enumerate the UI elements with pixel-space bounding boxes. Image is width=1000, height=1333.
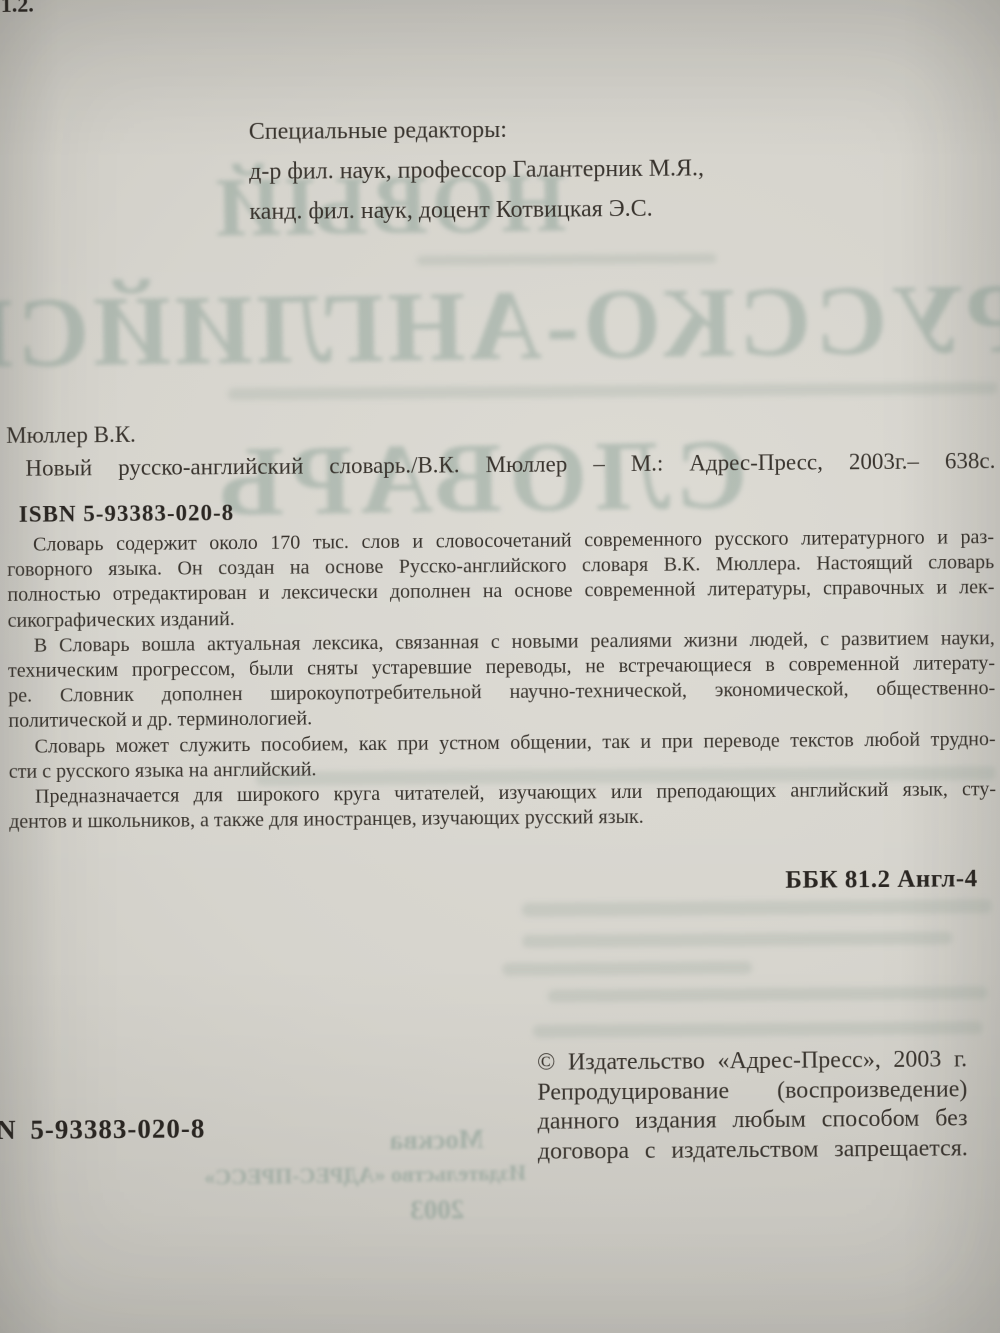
cut-text-fragment-left: 3 bbox=[0, 472, 1, 499]
isbn-number-bottom: ISBN 5-93383-020-8 bbox=[0, 1113, 206, 1146]
copyright-line: договора с издательством запрещается. bbox=[538, 1134, 968, 1167]
printed-text-layer: 1.2. 3 Специальные редакторы: д-р фил. н… bbox=[0, 0, 1000, 1333]
bbk-classification-code: ББК 81.2 Англ-4 bbox=[785, 865, 978, 895]
book-page-photo: НОВЫЙ РУССКО-АНГЛИЙСКИЙ СЛОВАРЬ Москва И… bbox=[0, 0, 1000, 1333]
special-editors-block: Специальные редакторы: д-р фил. наук, пр… bbox=[249, 108, 705, 232]
copyright-line: © Издательство «Адрес-Пресс», 2003 г. bbox=[537, 1045, 967, 1078]
author-name: Мюллер В.К. bbox=[6, 422, 136, 449]
page-tilt-layer: НОВЫЙ РУССКО-АНГЛИЙСКИЙ СЛОВАРЬ Москва И… bbox=[0, 0, 1000, 1333]
special-editor-line: канд. фил. наук, доцент Котвицкая Э.С. bbox=[249, 188, 704, 232]
copyright-line: Репродуцирование (воспроизведение) bbox=[537, 1075, 967, 1108]
special-editors-heading: Специальные редакторы: bbox=[249, 108, 704, 152]
isbn-number: ISBN 5-93383-020-8 bbox=[19, 500, 235, 528]
special-editor-line: д-р фил. наук, профессор Галантерник М.Я… bbox=[249, 148, 704, 192]
bibliographic-entry: Новый русско-английский словарь./В.К. Мю… bbox=[25, 448, 995, 482]
copyright-line: данного издания любым способом без bbox=[537, 1104, 967, 1137]
annotation: Словарь содержит около 170 тыс. слов и с… bbox=[7, 525, 996, 835]
cut-text-fragment-top: 1.2. bbox=[1, 0, 34, 18]
copyright-notice: © Издательство «Адрес-Пресс», 2003 г.Реп… bbox=[537, 1045, 968, 1166]
